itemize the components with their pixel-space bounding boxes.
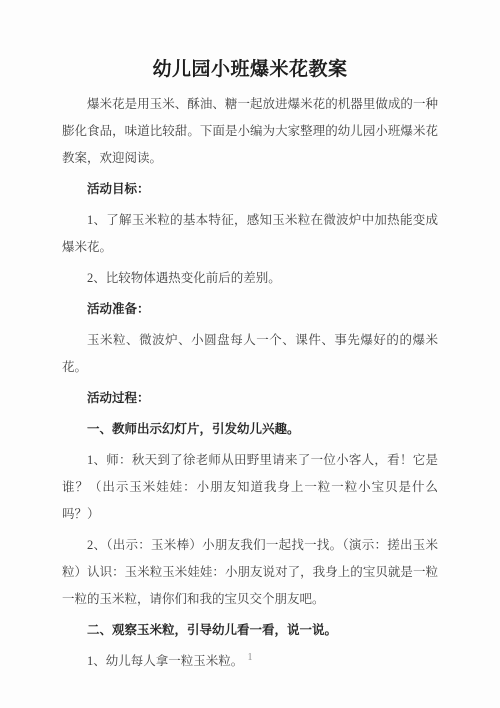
document-title: 幼儿园小班爆米花教案 (62, 56, 438, 84)
section-heading: 活动准备： (62, 296, 438, 323)
paragraph: 爆米花是用玉米、酥油、糖一起放进爆米花的机器里做成的一种膨化食品，味道比较甜。下… (62, 91, 438, 172)
section-heading: 一、教师出示幻灯片，引发幼儿兴趣。 (62, 416, 438, 443)
page-number: 1 (0, 651, 500, 665)
section-heading: 二、观察玉米粒，引导幼儿看一看，说一说。 (62, 617, 438, 644)
paragraph: 2、比较物体遇热变化前后的差别。 (62, 265, 438, 292)
paragraph: 1、师：秋天到了徐老师从田野里请来了一位小客人，看！它是谁？（出示玉米娃娃：小朋… (62, 447, 438, 528)
section-heading: 活动目标： (62, 176, 438, 203)
paragraph: 1、了解玉米粒的基本特征，感知玉米粒在微波炉中加热能变成爆米花。 (62, 207, 438, 261)
document-body: 爆米花是用玉米、酥油、糖一起放进爆米花的机器里做成的一种膨化食品，味道比较甜。下… (62, 91, 438, 675)
paragraph: 玉米粒、微波炉、小圆盘每人一个、课件、事先爆好的的爆米花。 (62, 327, 438, 381)
document-page: 幼儿园小班爆米花教案 爆米花是用玉米、酥油、糖一起放进爆米花的机器里做成的一种膨… (0, 0, 500, 708)
section-heading: 活动过程： (62, 385, 438, 412)
paragraph: 2、（出示：玉米棒）小朋友我们一起找一找。（演示：搓出玉米粒）认识：玉米粒玉米娃… (62, 532, 438, 613)
